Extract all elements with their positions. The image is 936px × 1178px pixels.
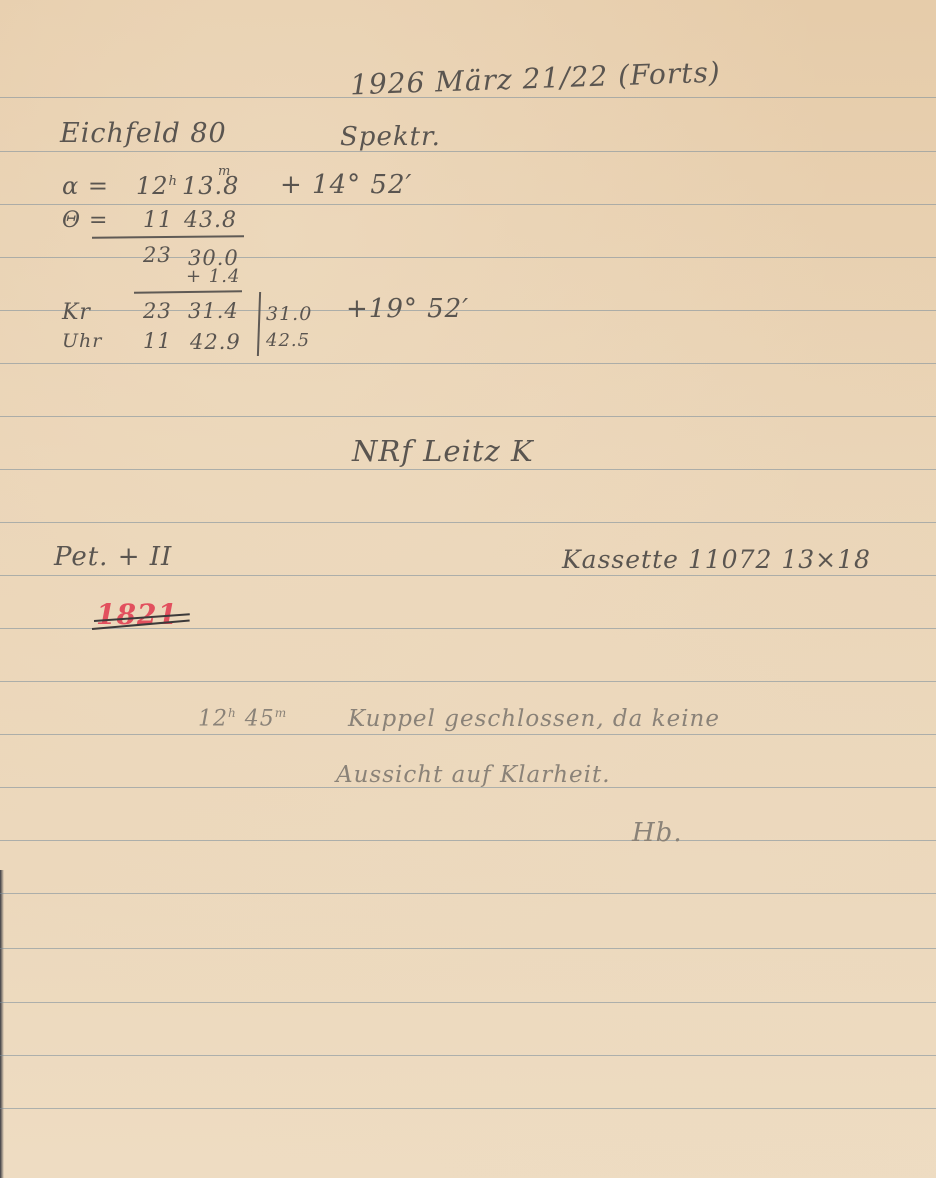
plate-left: Pet. + II	[54, 542, 172, 572]
header-date: 1926 März 21/22 (Forts)	[350, 56, 722, 102]
declination-2: +19° 52′	[346, 294, 469, 324]
theta-label: Θ =	[62, 208, 108, 233]
plate-cassette: Kassette 11072 13×18	[562, 545, 871, 574]
ruled-line	[0, 469, 936, 470]
alpha-hours: 12h	[136, 172, 178, 200]
logbook-page: 1926 März 21/22 (Forts) Eichfeld 80 Spek…	[0, 0, 936, 1178]
ruled-line	[0, 575, 936, 576]
declination: + 14° 52′	[280, 170, 412, 200]
alpha-label: α =	[62, 172, 109, 200]
uhr-label: Uhr	[62, 330, 102, 352]
correction: + 1.4	[186, 266, 240, 287]
ruled-line	[0, 151, 936, 152]
ruled-line	[0, 1055, 936, 1056]
ruled-line	[0, 681, 936, 682]
ruled-line	[0, 1002, 936, 1003]
sum-hours: 23	[143, 243, 172, 267]
note-time: 12h 45m	[198, 706, 287, 731]
ruled-line	[0, 522, 936, 523]
signature: Hb.	[632, 818, 683, 848]
ruled-line	[0, 948, 936, 949]
column-divider	[257, 292, 261, 356]
ruled-line	[0, 893, 936, 894]
ruled-line	[0, 416, 936, 417]
instrument-label: NRf Leitz K	[352, 434, 534, 468]
observation-type: Spektr.	[340, 122, 441, 152]
kr-label: Kr	[62, 300, 91, 325]
uhr-alt-minutes: 42.5	[266, 330, 310, 351]
page-edge-shadow	[0, 870, 4, 1178]
sum-line-1	[92, 235, 244, 239]
theta-minutes: 43.8	[184, 208, 237, 233]
ruled-line	[0, 1108, 936, 1109]
sum-line-2	[134, 290, 242, 294]
alpha-minutes-unit: m	[218, 164, 231, 179]
kr-alt-minutes: 31.0	[266, 303, 312, 325]
note-line-1: Kuppel geschlossen, da keine	[348, 706, 720, 732]
uhr-minutes: 42.9	[190, 330, 241, 354]
ruled-line	[0, 204, 936, 205]
note-line-2: Aussicht auf Klarheit.	[336, 762, 611, 788]
kr-hours: 23	[143, 299, 172, 323]
uhr-hours: 11	[143, 329, 172, 353]
theta-hours: 11	[143, 208, 173, 233]
ruled-line	[0, 363, 936, 364]
ruled-line	[0, 840, 936, 841]
object-name: Eichfeld 80	[60, 118, 227, 149]
ruled-line	[0, 257, 936, 258]
ruled-line	[0, 734, 936, 735]
kr-minutes: 31.4	[188, 299, 239, 323]
